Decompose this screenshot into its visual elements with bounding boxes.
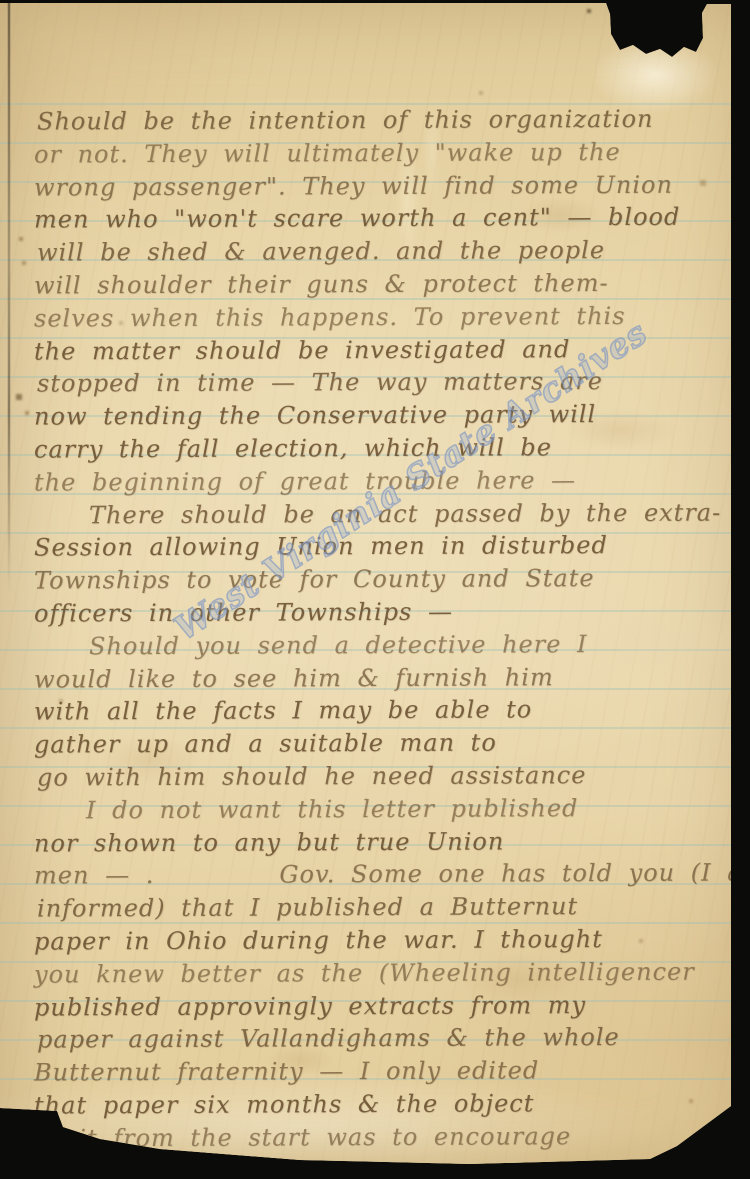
handwriting-line: now tending the Conservative party will <box>34 398 730 434</box>
handwriting-line: or not. They will ultimately "wake up th… <box>34 135 730 171</box>
handwriting-line: as it from the start was to encourage <box>34 1119 730 1155</box>
handwriting-line: Townships to vote for County and State <box>34 562 730 598</box>
handwriting-line: men — . Gov. Some one has told you (I am <box>34 857 730 893</box>
handwriting-line: with all the facts I may be able to <box>34 693 730 729</box>
handwritten-text-block: Should be the intention of this organiza… <box>34 104 730 1154</box>
handwriting-line: Should be the intention of this organiza… <box>37 102 730 138</box>
foxing-specks <box>0 0 2 2</box>
handwriting-line: that paper six months & the object <box>34 1086 730 1122</box>
handwriting-line: stopped in time — The way matters are <box>37 365 730 401</box>
handwriting-line: Session allowing Union men in disturbed <box>34 529 730 565</box>
handwriting-line: will shoulder their guns & protect them- <box>34 266 730 302</box>
handwriting-line: published approvingly extracts from my <box>34 988 730 1024</box>
handwriting-line: carry the fall election, which will be <box>34 430 730 466</box>
handwriting-line: There should be an act passed by the ext… <box>37 496 730 532</box>
handwriting-line: will be shed & avenged. and the people <box>37 234 730 270</box>
handwriting-line: the matter should be investigated and <box>34 332 730 368</box>
handwriting-line: Butternut fraternity — I only edited <box>34 1054 730 1090</box>
handwriting-line: officers in other Townships — <box>34 594 730 630</box>
scanned-letter-page: Should be the intention of this organiza… <box>0 0 750 1179</box>
paper-sheet: Should be the intention of this organiza… <box>0 0 750 1179</box>
handwriting-line: paper in Ohio during the war. I thought <box>34 922 730 958</box>
handwriting-line: nor shown to any but true Union <box>34 824 730 860</box>
handwriting-line: Should you send a detective here I <box>37 627 730 663</box>
handwriting-line: wrong passenger". They will find some Un… <box>34 168 730 204</box>
handwriting-line: men who "won't scare worth a cent" — blo… <box>34 201 730 237</box>
handwriting-line: informed) that I published a Butternut <box>37 890 730 926</box>
handwriting-line: the beginning of great trouble here — <box>34 463 730 499</box>
handwriting-line: gather up and a suitable man to <box>34 726 730 762</box>
handwriting-line: go with him should he need assistance <box>37 758 730 794</box>
handwriting-line: you knew better as the (Wheeling intelli… <box>34 955 730 991</box>
fold-crease <box>8 0 10 590</box>
handwriting-line: paper against Vallandighams & the whole <box>37 1021 730 1057</box>
handwriting-line: I do not want this letter published <box>34 791 730 827</box>
handwriting-line: would like to see him & furnish him <box>34 660 730 696</box>
handwriting-line: selves when this happens. To prevent thi… <box>34 299 730 335</box>
